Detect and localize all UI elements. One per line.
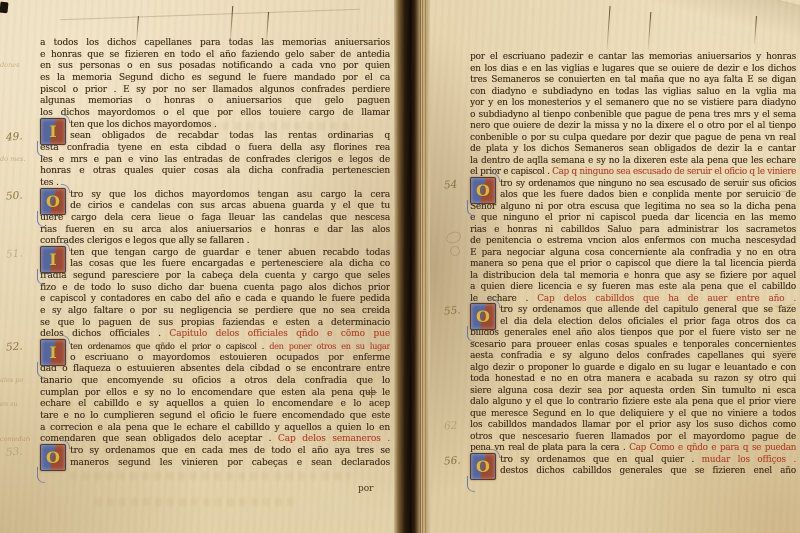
manuscript-text-line: el dia dela election delos oficiales el …	[470, 317, 796, 329]
ascender-flourish	[230, 6, 234, 42]
manuscript-text-line: yor y en los monesterios y el semanero q…	[470, 98, 796, 110]
manuscript-text-line: el prior e capiscol . Cap q ninguno sea …	[470, 167, 796, 179]
page-edge-line	[420, 0, 421, 533]
body-text: tro sy ordenamos que en qual quier .	[500, 455, 694, 465]
initial-letter: O	[46, 448, 60, 467]
body-text: los cabilldos mandados llamar por el pri…	[470, 420, 796, 430]
manuscript-photo: a todos los dichos capellanes para todas…	[0, 0, 800, 533]
ascender-flourish	[648, 12, 652, 50]
body-text: toda honestad e no en otra manera e acab…	[470, 374, 796, 384]
body-text: los dichos mayordomos o el que por ellos…	[40, 108, 390, 118]
margin-item-number: 53.	[6, 446, 23, 459]
manuscript-text-line: a quien diere licencia e sy fueren mas e…	[470, 282, 796, 294]
manuscript-text-line: fradia segund paresciere por la cabeça d…	[40, 271, 390, 283]
body-text: siere alguna cosa dezir sea por aquesta …	[470, 386, 796, 396]
body-text: e honras que se fizieren en todo el año …	[40, 50, 390, 60]
manuscript-text-line: algunas memorias o honras o aniuersarios…	[40, 96, 390, 108]
manuscript-text-line: tro sy que los dichos mayordomos tengan …	[40, 190, 390, 202]
manuscript-text-line: tro sy ordenamos que en cada mes de todo…	[40, 446, 390, 458]
body-text: fizo e de todo lo suso dicho dar buena c…	[40, 283, 390, 293]
manuscript-text-line: maneros segund les vinieren por cabeças …	[40, 458, 390, 470]
body-text: billdos generales enel año alos tienpos …	[470, 328, 796, 338]
body-text: alos que les fuere dados bien e conplida…	[500, 190, 796, 200]
body-text: en sus personas o en sus posadas notific…	[40, 61, 390, 71]
manuscript-text-line: otros que nescesario fueren llamados por…	[470, 432, 796, 444]
rubric-text: Cap delos cabilldos que ha de auer entre…	[537, 294, 796, 304]
body-text: algo dezir o proponer lo guarde e digalo…	[470, 363, 796, 373]
body-text: sean obligados de recabdar todas las ren…	[70, 131, 390, 141]
manuscript-text-line: tro sy ordenamos que allende del capitul…	[470, 305, 796, 317]
manuscript-text-line: alos que les fuere dados bien e conplida…	[470, 190, 796, 202]
manuscript-text-line: dalo alguno y el que lo contrario fizier…	[470, 397, 796, 409]
body-text: les e mrs e pan e vino las entradas de c…	[40, 155, 390, 165]
rubric-text: Cap delos semaneros .	[278, 434, 390, 444]
body-text: con diadyno e subdiadyno en todas las vi…	[470, 87, 796, 97]
right-text-block: por el escriuano padezir e cantar las me…	[470, 52, 796, 478]
body-text: tro sy ordenamos que ninguno no sea escu…	[500, 179, 796, 189]
body-text: confrades clerigos e legos que ally se f…	[40, 236, 249, 246]
manuscript-text-line: se que lo paguen de sus propias fazienda…	[40, 318, 390, 330]
illuminated-initial-o: O	[470, 303, 496, 330]
manuscript-text-line: delos dichos officiales . Capitulo delos…	[40, 329, 390, 341]
manuscript-text-line: a todos los dichos capellanes para todas…	[40, 38, 390, 50]
catchword: por	[358, 484, 373, 494]
manuscript-text-line: aesta confradia e sy alguno delos confra…	[470, 351, 796, 363]
manuscript-text-line: e sy algo faltare o por su negligencia s…	[40, 306, 390, 318]
body-text: yor y en los monesterios y el semanero q…	[470, 98, 796, 108]
binding-gutter	[394, 0, 430, 533]
manuscript-text-line: tanario que encomyende su oficios a otro…	[40, 376, 390, 388]
body-text: manera so pena que el prior o capiscol q…	[470, 259, 796, 269]
manuscript-text-line: dad o flaqueza o estuuieren absentes del…	[40, 364, 390, 376]
left-page: a todos los dichos capellanes para todas…	[0, 0, 394, 533]
bleedthrough-ghost	[150, 122, 350, 130]
body-text: las cosas que les fuere encargadas e per…	[70, 259, 390, 269]
manuscript-text-line: conbenible o por su culpa quedare por de…	[470, 133, 796, 145]
manuscript-text-line: en sus personas o en sus posadas notific…	[40, 61, 390, 73]
bleedthrough-ghost	[70, 472, 350, 480]
manuscript-text-line: tro sy ordenamos que ninguno no sea escu…	[470, 179, 796, 191]
manuscript-text-line: echare el cabilldo e sy aquellos a quien…	[40, 399, 390, 411]
margin-item-number: 62	[444, 420, 458, 433]
body-text: esta confradia tyene en esta cibdad o fu…	[40, 143, 390, 153]
manuscript-text-line: nero que ouiere de dezir la missa y no l…	[470, 121, 796, 133]
manuscript-text-line: e honras que se fizieren en todo el año …	[40, 50, 390, 62]
manuscript-text-line: scesario para proueer enlas cosas spuale…	[470, 340, 796, 352]
rubric-text: Cap Como e qñdo e para q se puedan	[629, 443, 796, 453]
body-text: delos dichos officiales .	[40, 329, 161, 339]
manuscript-text-line: por el escriuano padezir e cantar las me…	[470, 52, 796, 64]
initial-letter: O	[476, 457, 490, 476]
body-text: el dia dela election delos oficiales el …	[500, 317, 796, 327]
manuscript-text-line: e capiscol y contadores en cabo del año …	[40, 294, 390, 306]
manuscript-text-line: billdos generales enel año alos tienpos …	[470, 328, 796, 340]
manuscript-text-line: le echare . Cap delos cabilldos que ha d…	[470, 294, 796, 306]
manuscript-text-line: E para negociar alguna cosa concerniente…	[470, 248, 796, 260]
body-text: aesta confradia e sy alguno delos confra…	[470, 351, 796, 361]
body-text: de cirios e candelas con sus arcas abuen…	[70, 201, 390, 211]
body-text: echare el cabilldo e sy aquellos a quien…	[40, 399, 390, 409]
left-text-block: a todos los dichos capellanes para todas…	[40, 38, 390, 469]
marginal-note: dones	[0, 61, 30, 69]
manuscript-text-line: que meresce Segund en lo que deliquiere …	[470, 409, 796, 421]
body-text: uiere cargo dela cera lieue o faga lleua…	[40, 213, 390, 223]
manuscript-text-line: tro sy ordenamos que en qual quier . mud…	[470, 455, 796, 467]
illuminated-initial-i: I	[40, 339, 66, 366]
body-text: maneros segund les vinieren por cabeças …	[70, 458, 390, 468]
manuscript-text-line: de cirios e candelas con sus arcas abuen…	[40, 201, 390, 213]
manuscript-text-line: de penitencia o estrema vncion alos enfe…	[470, 236, 796, 248]
manuscript-text-line: siere alguna cosa dezir sea por aquesta …	[470, 386, 796, 398]
body-text: tro sy que los dichos mayordomos tengan …	[70, 190, 390, 200]
body-text: la distribucion dela tal memoria e honra…	[470, 271, 796, 281]
body-text: en los dias e en las viglias e lugares q…	[470, 64, 796, 74]
body-text: ten ordenamos que qñdo el prior o capisc…	[70, 341, 264, 351]
body-text: la dentro de aqlla semana e sy no la dix…	[470, 156, 796, 166]
manuscript-text-line: con diadyno e subdiadyno en todas las vi…	[470, 87, 796, 99]
body-text: rias fueren en su arca alos aniuersarios…	[40, 225, 390, 235]
body-text: tare e no lo cumplieren segund el oficio…	[40, 411, 390, 421]
manuscript-text-line: fizo e de todo lo suso dicho dar buena c…	[40, 283, 390, 295]
marginal-note: do mes.	[0, 155, 30, 163]
manuscript-text-line: cumplan por ellos e sy no lo encomendare…	[40, 388, 390, 400]
manuscript-text-line: tes .	[40, 178, 390, 190]
manuscript-text-line: a correcion e ala pena que le echare el …	[40, 423, 390, 435]
manuscript-text-line: o escriuano o mayordomos estouieren ocup…	[40, 353, 390, 365]
body-text: nero que ouiere de dezir la missa y no l…	[470, 121, 796, 131]
manuscript-text-line: e que ninguno el prior ni capiscol pueda…	[470, 213, 796, 225]
marginal-note: ales po	[0, 376, 30, 384]
manuscript-text-line: los dichos mayordomos o el que por ellos…	[40, 108, 390, 120]
manuscript-text-line: o subdiadyno al tienpo conbenible que pa…	[470, 110, 796, 122]
manuscript-text-line: rias e honras ni cabilldos Saluo para ad…	[470, 225, 796, 237]
margin-item-number: 52.	[6, 341, 23, 354]
rubric-text: Capitulo delos officiales qñdo e cõmo pu…	[169, 329, 390, 339]
body-text: se que lo paguen de sus propias fazienda…	[40, 318, 390, 328]
body-text: a quien diere licencia e sy fueren mas e…	[470, 282, 796, 292]
rubric-text: mudar los offiços .	[702, 455, 796, 465]
manuscript-text-line: la distribucion dela tal memoria e honra…	[470, 271, 796, 283]
body-text: le echare .	[470, 294, 528, 304]
manuscript-text-line: destos dichos cabilldos generales que se…	[470, 466, 796, 478]
manuscript-text-line: esta confradia tyene en esta cibdad o fu…	[40, 143, 390, 155]
manuscript-text-line: algo dezir o proponer lo guarde e digalo…	[470, 363, 796, 375]
body-text: de penitencia o estrema vncion alos enfe…	[470, 236, 796, 246]
page-edge-line	[425, 0, 426, 533]
manuscript-text-line: confrades clerigos e legos que ally se f…	[40, 236, 390, 248]
manuscript-text-line: honras e otras quales quier cosas ala di…	[40, 166, 390, 178]
margin-item-number: 49.	[6, 131, 23, 144]
initial-letter: O	[476, 307, 490, 326]
body-text: e sy algo faltare o por su negligencia s…	[40, 306, 390, 316]
marginal-note: en su	[0, 400, 30, 408]
illuminated-initial-i: I	[40, 118, 66, 145]
body-text: tro sy ordenamos que en cada mes de todo…	[70, 446, 390, 456]
body-text: destos dichos cabilldos generales que se…	[500, 466, 796, 476]
body-text: cumplan por ellos e sy no lo encomendare…	[40, 388, 390, 398]
body-text: conbenible o por su culpa quedare por de…	[470, 133, 796, 143]
margin-doodle	[445, 231, 462, 245]
manuscript-text-line: pena vn real de plata para la cera . Cap…	[470, 443, 796, 455]
manuscript-text-line: tres Semaneros se conuierten en tal maña…	[470, 75, 796, 87]
manuscript-text-line: es la memoria Segund dicho es segund le …	[40, 73, 390, 85]
manuscript-text-line: sean obligados de recabdar todas las ren…	[40, 131, 390, 143]
body-text: honras e otras quales quier cosas ala di…	[40, 166, 390, 176]
margin-doodle	[449, 245, 461, 257]
body-text: a todos los dichos capellanes para todas…	[40, 38, 390, 48]
body-text: o subdiadyno al tienpo conbenible que pa…	[470, 110, 796, 120]
bleedthrough-ghost	[95, 498, 295, 506]
initial-letter: I	[49, 250, 56, 269]
manuscript-text-line: uiere cargo dela cera lieue o faga lleua…	[40, 213, 390, 225]
body-text: tes .	[40, 178, 59, 188]
body-text: que meresce Segund en lo que deliquiere …	[470, 409, 796, 419]
margin-item-number: 54	[444, 178, 458, 191]
body-text: e que ninguno el prior ni capiscol pueda…	[470, 213, 796, 223]
manuscript-text-line: les e mrs e pan e vino las entradas de c…	[40, 155, 390, 167]
body-text: de plata y los dichos Semaneros sean obl…	[470, 144, 796, 154]
body-text: tanario que encomyende su oficios a otro…	[40, 376, 390, 386]
body-text: E para negociar alguna cosa concerniente…	[470, 248, 796, 258]
illuminated-initial-o: O	[40, 444, 66, 471]
body-text: scesario para proueer enlas cosas spuale…	[470, 340, 796, 350]
body-text: tro sy ordenamos que allende del capitul…	[500, 305, 796, 315]
manuscript-text-line: Señor alguno ni por otra escusa que legi…	[470, 202, 796, 214]
body-text: otros que nescesario fueren llamados por…	[470, 432, 796, 442]
body-text: e capiscol y contadores en cabo del año …	[40, 294, 390, 304]
body-text: fradia segund paresciere por la cabeça d…	[40, 271, 390, 281]
manuscript-text-line: rias fueren en su arca alos aniuersarios…	[40, 225, 390, 237]
manuscript-text-line: la dentro de aqlla semana e sy no la dix…	[470, 156, 796, 168]
manuscript-text-line: en los dias e en las viglias e lugares q…	[470, 64, 796, 76]
rubric-text: Cap q ninguno sea escusado de seruir el …	[552, 167, 796, 177]
body-text: comendaren que sean obligados delo acept…	[40, 434, 271, 444]
rubric-text: den poner otros en su lugar	[269, 341, 390, 351]
manuscript-text-line: toda honestad e no en otra manera e acab…	[470, 374, 796, 386]
manuscript-text-line: ten ordenamos que qñdo el prior o capisc…	[40, 341, 390, 353]
marginal-note: comedare	[0, 435, 30, 443]
margin-item-number: 55.	[444, 304, 461, 317]
illuminated-initial-o: O	[40, 188, 66, 215]
margin-item-number: 50.	[6, 189, 23, 202]
ascender-flourish	[606, 6, 610, 50]
body-text: es la memoria Segund dicho es segund le …	[40, 73, 390, 83]
manuscript-text-line: ten que tengan cargo de guardar e tener …	[40, 248, 390, 260]
manuscript-text-line: manera so pena que el prior o capiscol q…	[470, 259, 796, 271]
manuscript-text-line: las cosas que les fuere encargadas e per…	[40, 259, 390, 271]
body-text: a correcion e ala pena que le echare el …	[40, 423, 390, 433]
body-text: Señor alguno ni por otra escusa que legi…	[470, 202, 796, 212]
body-text: por el escriuano padezir e cantar las me…	[470, 52, 796, 62]
manuscript-text-line: de plata y los dichos Semaneros sean obl…	[470, 144, 796, 156]
photo-corner-mark	[0, 2, 9, 14]
body-text: piscol o prior . E sy por no ser llamado…	[40, 85, 390, 95]
body-text: tres Semaneros se conuierten en tal maña…	[470, 75, 796, 85]
initial-letter: I	[49, 122, 56, 141]
manuscript-text-line: piscol o prior . E sy por no ser llamado…	[40, 85, 390, 97]
illuminated-initial-o: O	[470, 453, 496, 480]
body-text: rias e honras ni cabilldos Saluo para ad…	[470, 225, 796, 235]
illuminated-initial-o: O	[470, 177, 496, 204]
margin-item-number: 51.	[6, 247, 23, 260]
body-text: o escriuano o mayordomos estouieren ocup…	[70, 353, 390, 363]
margin-cross-mark	[366, 387, 377, 398]
initial-letter: O	[476, 181, 490, 200]
manuscript-text-line: comendaren que sean obligados delo acept…	[40, 434, 390, 446]
illuminated-initial-i: I	[40, 246, 66, 273]
body-text: el prior e capiscol .	[470, 167, 549, 177]
margin-item-number: 56.	[444, 454, 461, 467]
body-text: ten que tengan cargo de guardar e tener …	[70, 248, 390, 258]
manuscript-text-line: los cabilldos mandados llamar por el pri…	[470, 420, 796, 432]
body-text: dalo alguno y el que lo contrario fizier…	[470, 397, 796, 407]
initial-letter: O	[46, 192, 60, 211]
parchment-crease	[608, 0, 800, 59]
right-page: por el escriuano padezir e cantar las me…	[430, 0, 800, 533]
manuscript-text-line: tare e no lo cumplieren segund el oficio…	[40, 411, 390, 423]
pen-hairline	[60, 9, 360, 20]
body-text: dad o flaqueza o estuuieren absentes del…	[40, 364, 390, 374]
initial-letter: I	[49, 343, 56, 362]
body-text: algunas memorias o honras o aniuersarios…	[40, 96, 390, 106]
